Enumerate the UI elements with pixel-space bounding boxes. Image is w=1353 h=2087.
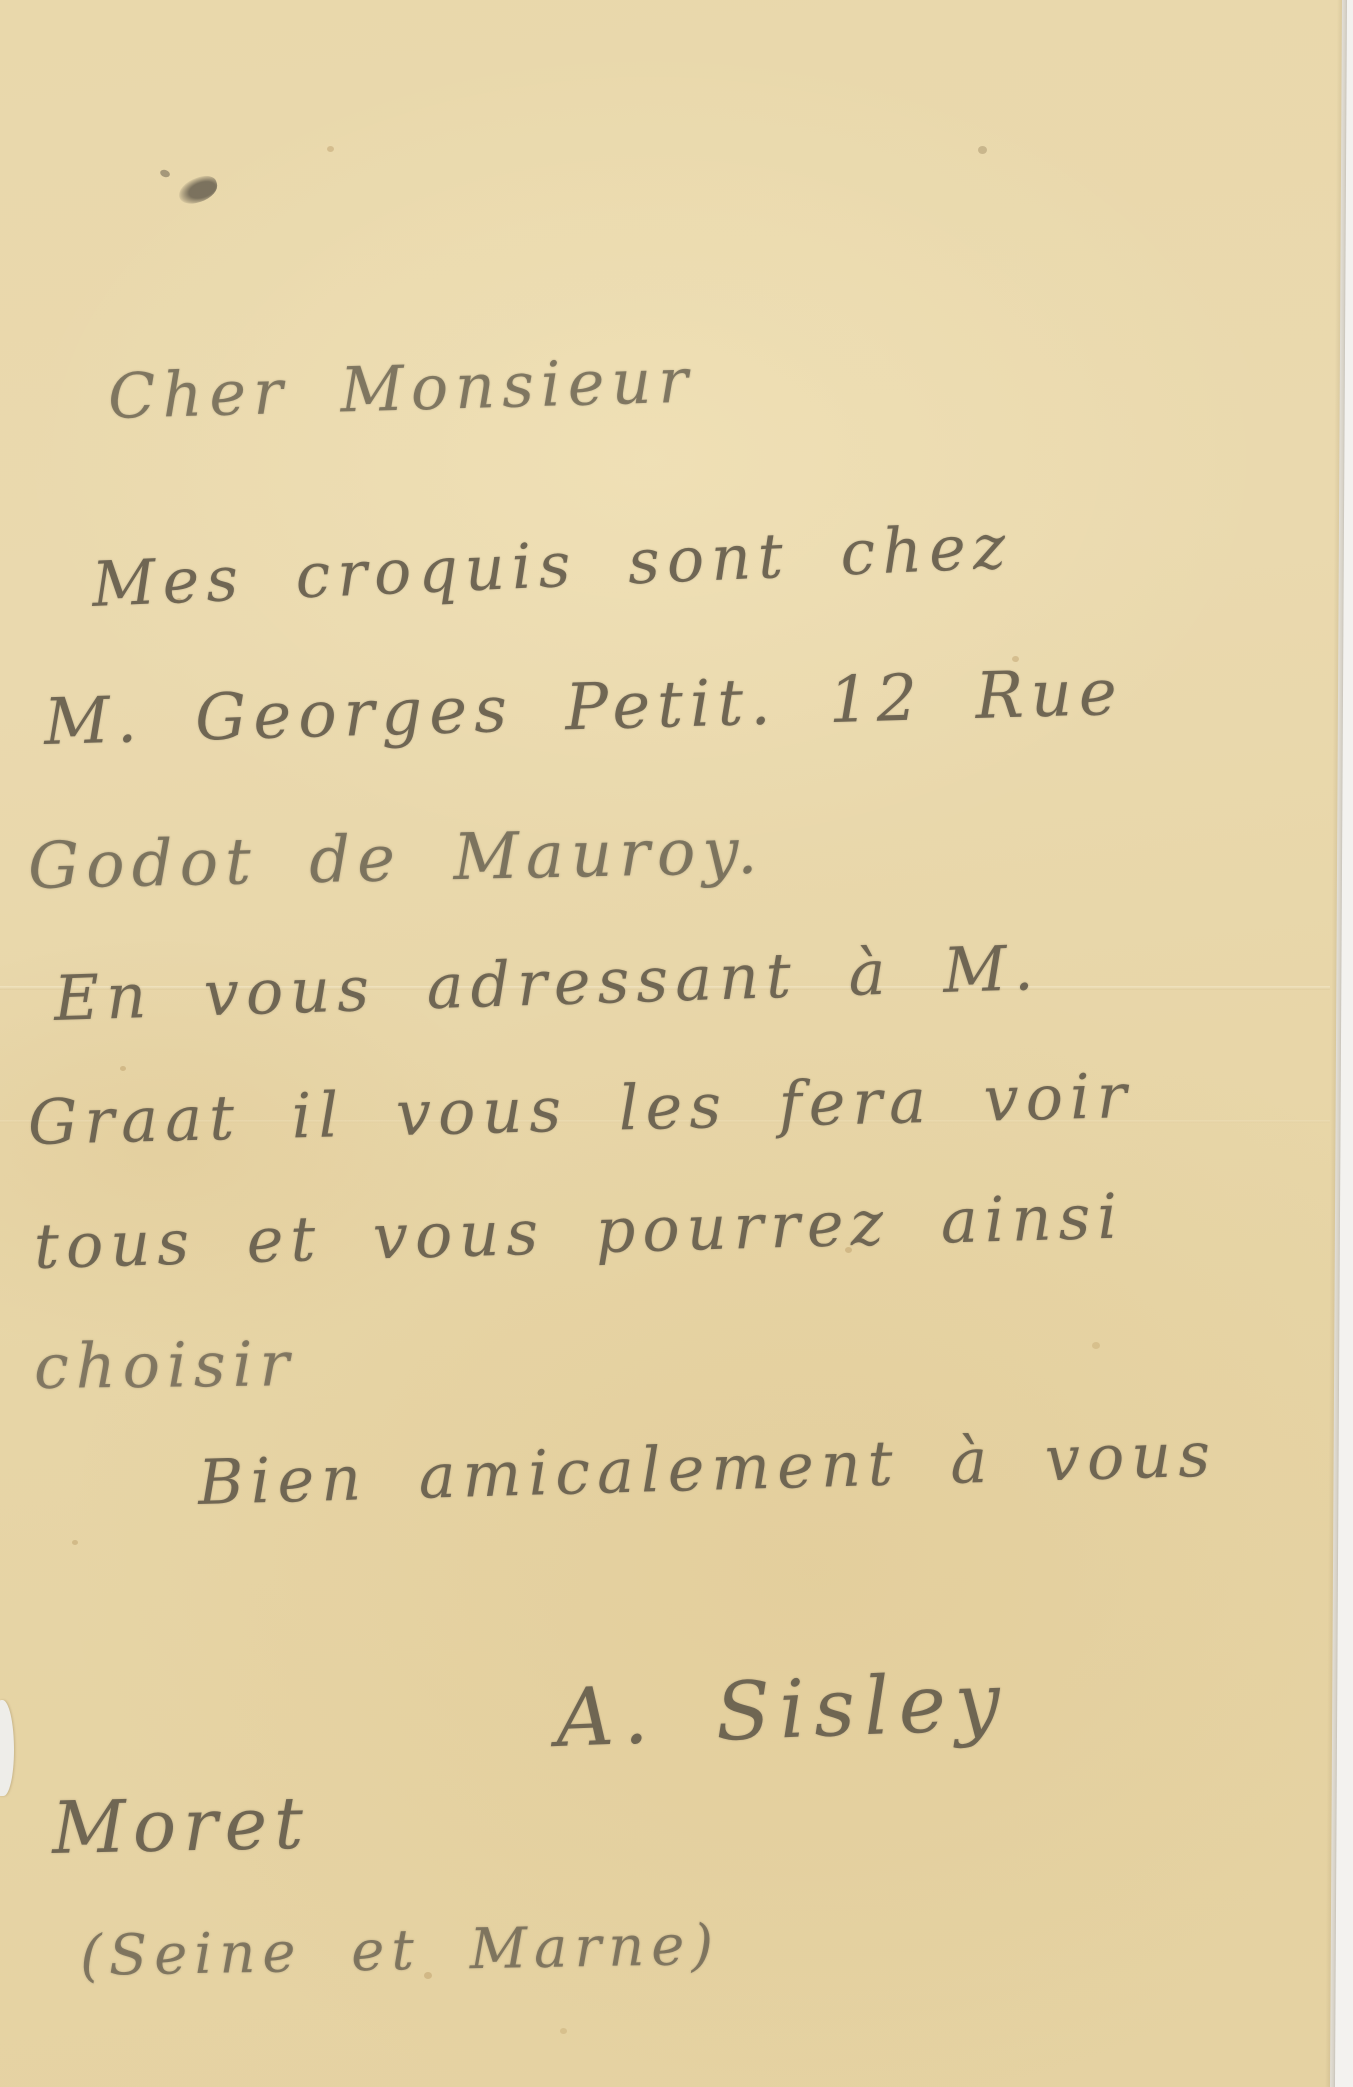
letter-paper-sheet: Cher Monsieur Mes croquis sont chez M. G… xyxy=(0,0,1353,2087)
paper-stain xyxy=(72,1540,78,1545)
paper-stain xyxy=(327,146,334,152)
place-department: (Seine et Marne) xyxy=(79,1913,720,1989)
paper-stain xyxy=(978,146,987,154)
body-line-3: Godot de Mauroy. xyxy=(27,815,765,904)
body-line-2: M. Georges Petit. 12 Rue xyxy=(43,656,1125,760)
salutation: Cher Monsieur xyxy=(107,344,696,433)
paper-edge-chip xyxy=(0,1700,14,1796)
paper-stain xyxy=(1092,1342,1100,1349)
paper-stain xyxy=(120,1066,126,1071)
body-line-6: tous et vous pourrez ainsi xyxy=(33,1180,1125,1283)
signature: A. Sisley xyxy=(554,1655,1010,1765)
body-line-7: choisir xyxy=(34,1327,297,1403)
body-line-5: Graat il vous les fera voir xyxy=(27,1059,1134,1159)
ink-smudge xyxy=(175,172,220,207)
place-line: Moret xyxy=(51,1781,311,1870)
ink-smudge-dot xyxy=(159,169,171,179)
scanned-letter-page: Cher Monsieur Mes croquis sont chez M. G… xyxy=(0,0,1353,2087)
body-line-4: En vous adressant à M. xyxy=(53,931,1042,1035)
paper-stain xyxy=(560,2028,567,2034)
body-line-1: Mes croquis sont chez xyxy=(90,509,1013,621)
closing-line: Bien amicalement à vous xyxy=(197,1418,1218,1519)
